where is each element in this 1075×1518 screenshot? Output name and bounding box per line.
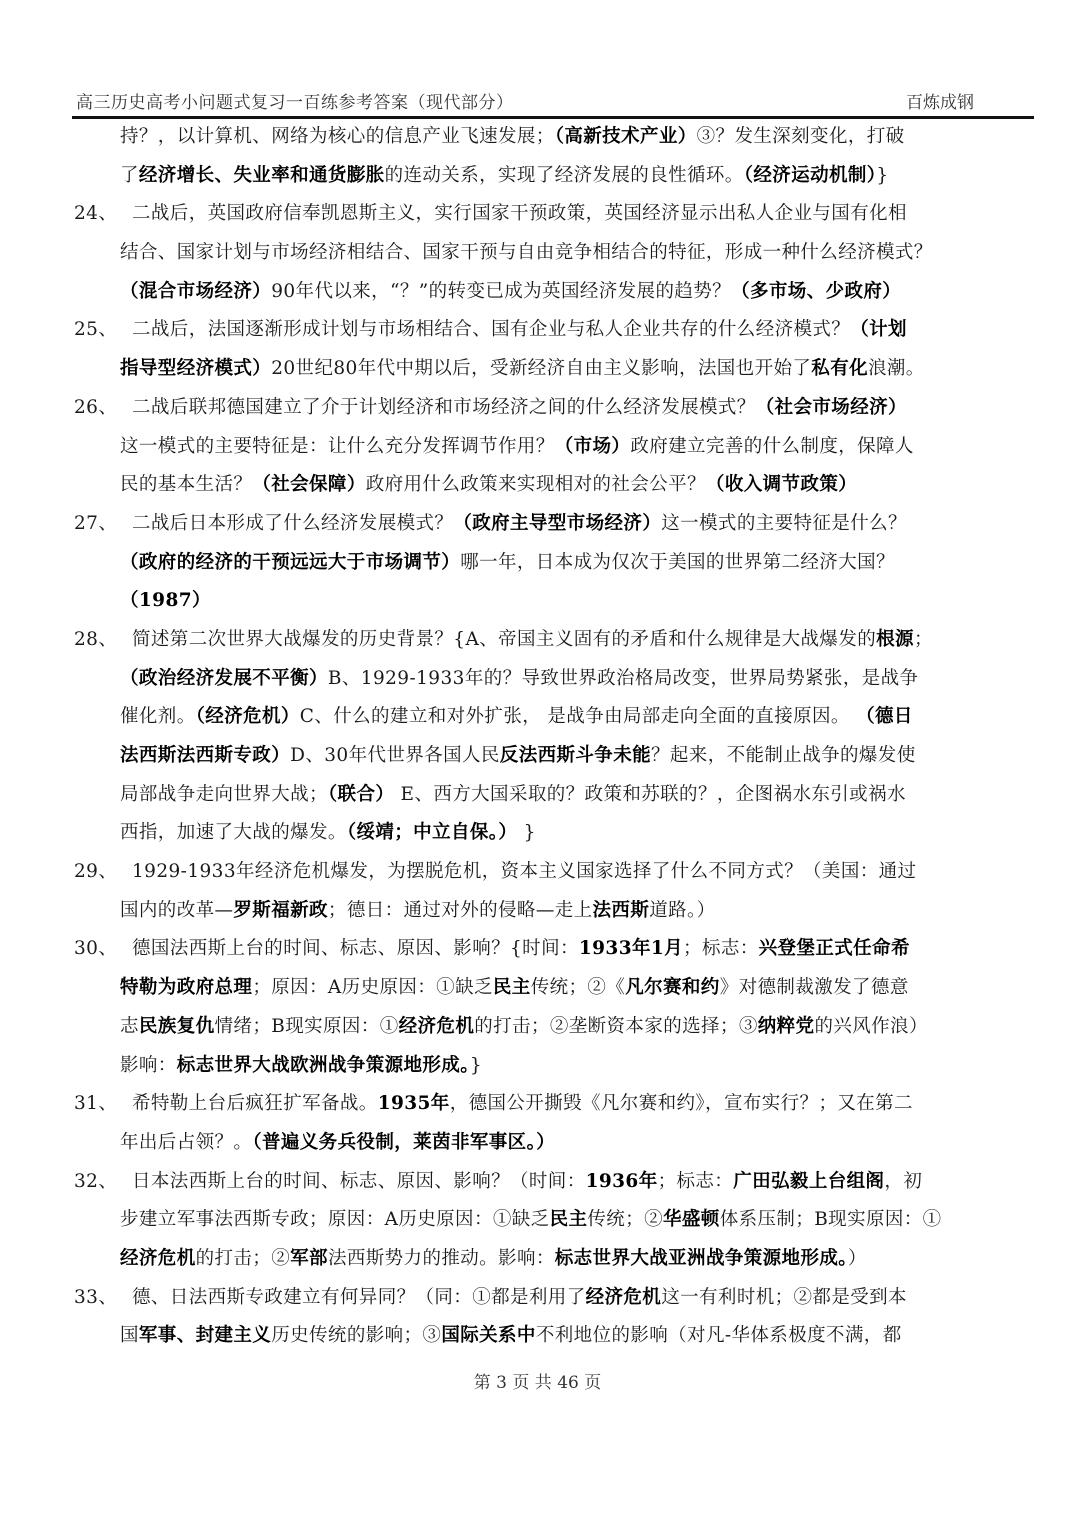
answer-text: 1933年1月: [579, 938, 683, 959]
body-text: 政府建立完善的什么制度，保障人: [630, 436, 914, 457]
question-line: 28、简述第二次世界大战爆发的历史背景？{A、帝国主义固有的矛盾和什么规律是大战…: [72, 621, 1034, 660]
body-text: 体系压制；B现实原因：①: [720, 1209, 942, 1230]
text-line: （政府的经济的干预远远大于市场调节）哪一年，日本成为仅次于美国的世界第二经济大国…: [72, 544, 1034, 583]
body-text: 浪潮。: [868, 358, 925, 379]
body-text: ）: [848, 1248, 867, 1269]
text-line: 持？，以计算机、网络为核心的信息产业飞速发展；（高新技术产业）③？发生深刻变化，…: [72, 118, 1034, 157]
question-number: 29、: [72, 853, 132, 892]
question-line: 27、二战后日本形成了什么经济发展模式？（政府主导型市场经济）这一模式的主要特征…: [72, 505, 1034, 544]
question-line: 30、德国法西斯上台的时间、标志、原因、影响？{时间：1933年1月；标志：兴登…: [72, 930, 1034, 969]
text-line: 影响：标志世界大战欧洲战争策源地形成。}: [72, 1047, 1034, 1086]
body-text: D、30年代世界各国人民: [290, 745, 500, 766]
question-number: 32、: [72, 1163, 132, 1202]
body-text: ？起来，不能制止战争的爆发使: [651, 745, 916, 766]
answer-text: （普遍义务兵役制，莱茵非军事区。）: [252, 1132, 555, 1153]
body-text: 了: [120, 165, 139, 186]
body-text: 这一有利时机；②都是受到本: [661, 1287, 907, 1308]
answer-text: 军部: [290, 1248, 328, 1269]
text-line: 催化剂。（经济危机）C、什么的建立和对外扩张， 是战争由局部走向全面的直接原因。…: [72, 698, 1034, 737]
text-line: 国军事、封建主义历史传统的影响；③国际关系中不利地位的影响（对凡-华体系极度不满…: [72, 1317, 1034, 1356]
body-text: 民的基本生活？: [120, 474, 252, 495]
answer-text: 法西斯: [593, 900, 650, 921]
answer-text: （多市场、少政府）: [731, 281, 901, 302]
answer-text: 民主: [550, 1209, 588, 1230]
body-text: 持？，以计算机、网络为核心的信息产业飞速发展；: [120, 126, 555, 147]
body-text: C、什么的建立和对外扩张， 是战争由局部走向全面的直接原因。: [300, 706, 856, 727]
body-text: 德、日法西斯专政建立有何异同？（同：①都是利用了: [132, 1287, 586, 1308]
body-text: 局部战争走向世界大战；: [120, 784, 328, 805]
body-text: 的兴风作浪）: [814, 1016, 927, 1037]
answer-text: 1935年: [378, 1093, 450, 1114]
body-text: 日本法西斯上台的时间、标志、原因、影响？（时间：: [132, 1171, 586, 1192]
answer-text: 民主: [493, 977, 531, 998]
question-line: 26、二战后联邦德国建立了介于计划经济和市场经济之间的什么经济发展模式？（社会市…: [72, 389, 1034, 428]
question-number: 24、: [72, 195, 132, 234]
answer-text: （经济危机）: [196, 706, 300, 727]
answer-text: （收入调节政策）: [706, 474, 857, 495]
body-text: ；原因：A历史原因：①缺乏: [252, 977, 493, 998]
answer-text: （政治经济发展不平衡）: [120, 668, 328, 689]
answer-text: （社会市场经济）: [756, 397, 907, 418]
body-text: 简述第二次世界大战爆发的历史背景？{A、帝国主义固有的矛盾和什么规律是大战爆发的: [132, 629, 876, 650]
body-text: }: [470, 1055, 482, 1076]
question-line: 33、德、日法西斯专政建立有何异同？（同：①都是利用了经济危机这一有利时机；②都…: [72, 1279, 1034, 1318]
answer-text: 经济增长、失业率和通货膨胀: [139, 165, 385, 186]
body-text: 二战后，英国政府信奉凯恩斯主义，实行国家干预政策，英国经济显示出私人企业与国有化…: [132, 203, 907, 224]
body-text: 国内的改革—: [120, 900, 233, 921]
question-number: 26、: [72, 389, 132, 428]
text-line: 西指，加速了大战的爆发。（绥靖；中立自保。） }: [72, 814, 1034, 853]
body-text: 二战后，法国逐渐形成计划与市场相结合、国有企业与私人企业共存的什么经济模式？: [132, 319, 850, 340]
body-text: 西指，加速了大战的爆发。: [120, 822, 347, 843]
question-number: 27、: [72, 505, 132, 544]
body-text: }: [876, 165, 888, 186]
answer-text: 华盛顿: [663, 1209, 720, 1230]
answer-text: （计划: [850, 319, 907, 340]
body-text: 哪一年，日本成为仅次于美国的世界第二经济大国？: [460, 552, 895, 573]
question-line: 24、二战后，英国政府信奉凯恩斯主义，实行国家干预政策，英国经济显示出私人企业与…: [72, 195, 1034, 234]
body-text: 传统；②: [587, 1209, 663, 1230]
body-text: }: [517, 822, 535, 843]
answer-text: 经济危机: [120, 1248, 196, 1269]
answer-text: 标志世界大战欧洲战争策源地形成。: [177, 1055, 470, 1076]
body-text: ；德日：通过对外的侵略—走上: [328, 900, 593, 921]
answer-text: 1936年: [586, 1171, 658, 1192]
text-line: （混合市场经济）90年代以来，“？”的转变已成为英国经济发展的趋势？（多市场、少…: [72, 273, 1034, 312]
body-text: 这一模式的主要特征是什么？: [661, 513, 907, 534]
body-text: ，德国公开撕毁《凡尔赛和约》，宣布实行？；又在第二: [450, 1093, 913, 1114]
answer-text: 经济危机: [399, 1016, 475, 1037]
body-text: 二战后日本形成了什么经济发展模式？: [132, 513, 453, 534]
answer-text: 凡尔赛和约: [625, 977, 720, 998]
question-line: 25、二战后，法国逐渐形成计划与市场相结合、国有企业与私人企业共存的什么经济模式…: [72, 311, 1034, 350]
question-line: 29、1929-1933年经济危机爆发，为摆脱危机，资本主义国家选择了什么不同方…: [72, 853, 1034, 892]
body-text: 政府用什么政策来实现相对的社会公平？: [366, 474, 706, 495]
body-text: 二战后联邦德国建立了介于计划经济和市场经济之间的什么经济发展模式？: [132, 397, 756, 418]
text-line: 法西斯法西斯专政）D、30年代世界各国人民反法西斯斗争未能？起来，不能制止战争的…: [72, 737, 1034, 776]
answer-text: 军事、封建主义: [139, 1325, 271, 1346]
body-text: 的连动关系，实现了经济发展的良性循环。: [385, 165, 744, 186]
text-line: 了经济增长、失业率和通货膨胀的连动关系，实现了经济发展的良性循环。（经济运动机制…: [72, 157, 1034, 196]
body-text: 法西斯势力的推动。影响：: [328, 1248, 555, 1269]
body-text: 20世纪80年代中期以后，受新经济自由主义影响，法国也开始了: [271, 358, 811, 379]
body-text: 步建立军事法西斯专政；原因：A历史原因：①缺乏: [120, 1209, 550, 1230]
body-text: ；: [914, 629, 933, 650]
answer-text: 根源: [876, 629, 914, 650]
text-line: 结合、国家计划与市场经济相结合、国家干预与自由竞争相结合的特征，形成一种什么经济…: [72, 234, 1034, 273]
answer-text: 特勒为政府总理: [120, 977, 252, 998]
body-text: 的打击；②垄断资本家的选择；③: [474, 1016, 758, 1037]
text-line: 特勒为政府总理；原因：A历史原因：①缺乏民主传统；②《凡尔赛和约》对德制裁激发了…: [72, 969, 1034, 1008]
body-text: 德国法西斯上台的时间、标志、原因、影响？{时间：: [132, 938, 579, 959]
answer-text: （社会保障）: [252, 474, 365, 495]
answer-text: （市场）: [555, 436, 631, 457]
text-line: 经济危机的打击；②军部法西斯势力的推动。影响：标志世界大战亚洲战争策源地形成。）: [72, 1240, 1034, 1279]
body-text: 道路。）: [649, 900, 715, 921]
question-number: 25、: [72, 311, 132, 350]
answer-text: 民族复仇: [139, 1016, 215, 1037]
question-line: 32、日本法西斯上台的时间、标志、原因、影响？（时间：1936年；标志：广田弘毅…: [72, 1163, 1034, 1202]
text-line: 指导型经济模式）20世纪80年代中期以后，受新经济自由主义影响，法国也开始了私有…: [72, 350, 1034, 389]
answer-text: （政府主导型市场经济）: [453, 513, 661, 534]
text-line: 这一模式的主要特征是：让什么充分发挥调节作用？（市场）政府建立完善的什么制度，保…: [72, 428, 1034, 467]
body-text: 》对德制裁激发了德意: [720, 977, 909, 998]
body-text: 传统；②《: [531, 977, 626, 998]
body-text: 志: [120, 1016, 139, 1037]
answer-text: 私有化: [811, 358, 868, 379]
page-header: 高三历史高考小问题式复习一百练参考答案（现代部分） 百炼成钢: [72, 88, 1034, 116]
answer-text: （1987）: [120, 590, 211, 611]
question-line: 31、希特勒上台后疯狂扩军备战。1935年，德国公开撕毁《凡尔赛和约》，宣布实行…: [72, 1085, 1034, 1124]
answer-text: 广田弘毅上台组阁: [733, 1171, 884, 1192]
body-text: 情绪；B现实原因：①: [215, 1016, 399, 1037]
answer-text: 标志世界大战亚洲战争策源地形成。: [555, 1248, 848, 1269]
answer-text: 法西斯法西斯专政）: [120, 745, 290, 766]
body-text: B、1929-1933年的？导致世界政治格局改变，世界局势紧张，是战争: [328, 668, 919, 689]
body-text: 影响：: [120, 1055, 177, 1076]
page-number: 第 3 页 共 46 页: [0, 1368, 1075, 1393]
answer-text: 反法西斯斗争未能: [500, 745, 651, 766]
question-number: 31、: [72, 1085, 132, 1124]
body-text: 年出后占领？。: [120, 1132, 252, 1153]
body-text: 国: [120, 1325, 139, 1346]
body-text: 的打击；②: [196, 1248, 291, 1269]
header-brand: 百炼成钢: [906, 88, 974, 113]
answer-text: （政府的经济的干预远远大于市场调节）: [120, 552, 460, 573]
answer-text: 纳粹党: [758, 1016, 815, 1037]
body-text: 催化剂。: [120, 706, 196, 727]
body-text: ③？发生深刻变化，打破: [697, 126, 905, 147]
answer-text: 罗斯福新政: [233, 900, 328, 921]
answer-text: 经济危机: [586, 1287, 662, 1308]
body-text: 结合、国家计划与市场经济相结合、国家干预与自由竞争相结合的特征，形成一种什么经济…: [120, 242, 933, 263]
answer-text: （绥靖；中立自保。）: [347, 822, 518, 843]
body-text: 希特勒上台后疯狂扩军备战。: [132, 1093, 378, 1114]
answer-text: （联合）: [328, 784, 394, 805]
answer-text: 指导型经济模式）: [120, 358, 271, 379]
body-text: 这一模式的主要特征是：让什么充分发挥调节作用？: [120, 436, 555, 457]
document-title: 高三历史高考小问题式复习一百练参考答案（现代部分）: [76, 88, 514, 113]
body-text: 90年代以来，“？”的转变已成为英国经济发展的趋势？: [271, 281, 731, 302]
text-line: 民的基本生活？（社会保障）政府用什么政策来实现相对的社会公平？（收入调节政策）: [72, 466, 1034, 505]
question-number: 28、: [72, 621, 132, 660]
question-number: 30、: [72, 930, 132, 969]
body-text: 不利地位的影响（对凡-华体系极度不满，都: [536, 1325, 902, 1346]
text-line: 国内的改革—罗斯福新政；德日：通过对外的侵略—走上法西斯道路。）: [72, 892, 1034, 931]
text-line: 步建立军事法西斯专政；原因：A历史原因：①缺乏民主传统；②华盛顿体系压制；B现实…: [72, 1201, 1034, 1240]
answer-text: （德日: [856, 706, 913, 727]
body-text: ；标志：: [658, 1171, 734, 1192]
answer-text: （混合市场经济）: [120, 281, 271, 302]
text-line: 局部战争走向世界大战；（联合） E、西方大国采取的？政策和苏联的？，企图祸水东引…: [72, 776, 1034, 815]
body-text: 1929-1933年经济危机爆发，为摆脱危机，资本主义国家选择了什么不同方式？（…: [132, 861, 916, 882]
body-text: ；标志：: [683, 938, 759, 959]
text-line: 志民族复仇情绪；B现实原因：①经济危机的打击；②垄断资本家的选择；③纳粹党的兴风…: [72, 1008, 1034, 1047]
answer-text: 国际关系中: [441, 1325, 536, 1346]
answer-text: 兴登堡正式任命希: [759, 938, 910, 959]
answer-text: （高新技术产业）: [555, 126, 697, 147]
question-number: 33、: [72, 1279, 132, 1318]
body-text: E、西方大国采取的？政策和苏联的？，企图祸水东引或祸水: [394, 784, 906, 805]
body-text: ，初: [884, 1171, 922, 1192]
text-line: （1987）: [72, 582, 1034, 621]
text-line: （政治经济发展不平衡）B、1929-1933年的？导致世界政治格局改变，世界局势…: [72, 660, 1034, 699]
text-line: 年出后占领？。（普遍义务兵役制，莱茵非军事区。）: [72, 1124, 1034, 1163]
document-body: 持？，以计算机、网络为核心的信息产业飞速发展；（高新技术产业）③？发生深刻变化，…: [72, 118, 1034, 1356]
answer-text: （经济运动机制）: [744, 165, 877, 186]
body-text: 历史传统的影响；③: [271, 1325, 441, 1346]
